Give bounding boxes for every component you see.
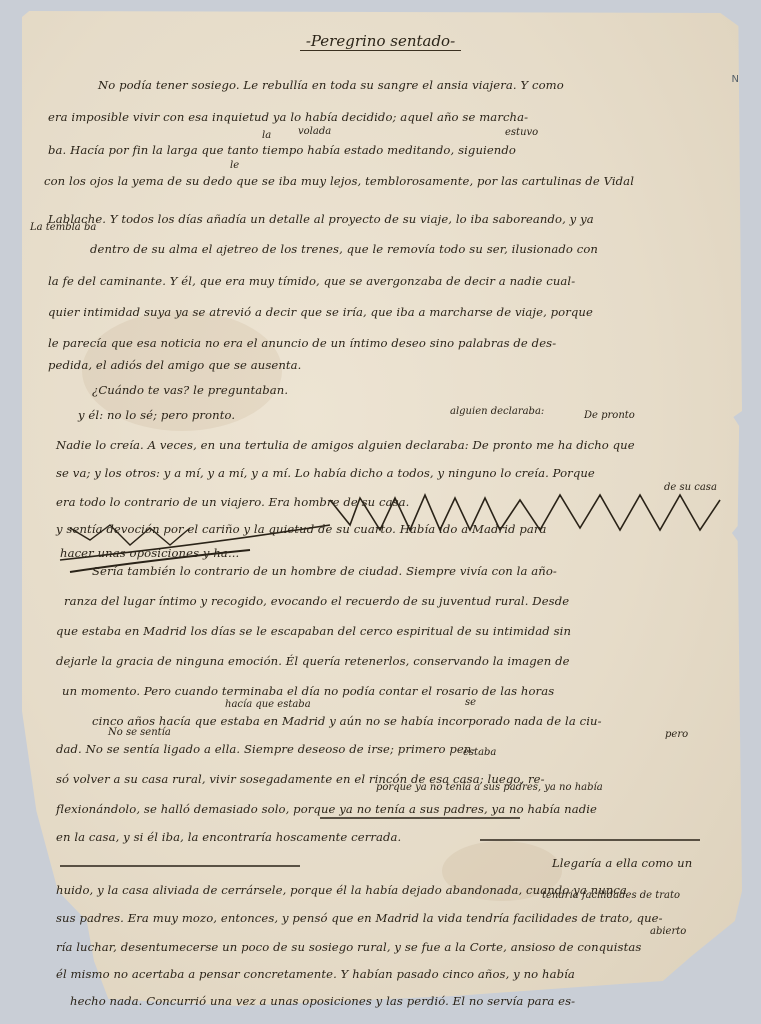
- manuscript-line: se va; y los otros: y a mí, y a mí, y a …: [56, 466, 756, 480]
- manuscript-line: ¿Cuándo te vas? le preguntaban.: [92, 383, 761, 397]
- interlinear-insertion: porque ya no tenía a sus padres, ya no h…: [376, 782, 603, 793]
- manuscript-line: Lablache. Y todos los días añadía un det…: [48, 212, 748, 226]
- manuscript-line: en la casa, y si él iba, la encontraría …: [56, 830, 756, 844]
- interlinear-insertion: tendría facilidades de trato: [542, 890, 680, 901]
- manuscript-line: cinco años hacía que estaba en Madrid y …: [92, 714, 761, 728]
- manuscript-line: era todo lo contrario de un viajero. Era…: [56, 495, 756, 509]
- manuscript-line: No podía tener sosiego. Le rebullía en t…: [98, 78, 761, 92]
- interlinear-insertion: hacía que estaba: [225, 699, 311, 710]
- interlinear-insertion: la: [262, 130, 271, 141]
- manuscript-line: con los ojos la yema de su dedo que se i…: [44, 174, 744, 188]
- manuscript-line: la fe del caminante. Y él, que era muy t…: [48, 274, 748, 288]
- interlinear-insertion: le: [230, 160, 239, 171]
- interlinear-insertion: estuvo: [505, 127, 538, 138]
- manuscript-line: un momento. Pero cuando terminaba el día…: [62, 684, 761, 698]
- manuscript-line: ba. Hacía por fin la larga que tanto tie…: [48, 143, 748, 157]
- interlinear-insertion: pero: [665, 729, 688, 740]
- manuscript-line: Llegaría a ella como un: [552, 856, 761, 870]
- manuscript-line: dentro de su alma el ajetreo de los tren…: [90, 242, 761, 256]
- manuscript-title: -Peregrino sentado-: [0, 32, 761, 50]
- manuscript-line: hacer unas oposiciones y ha...: [60, 546, 760, 560]
- manuscript-line: dejarle la gracia de ninguna emoción. Él…: [56, 654, 756, 668]
- manuscript-line: sus padres. Era muy mozo, entonces, y pe…: [56, 911, 756, 925]
- manuscript-line: quier intimidad suya ya se atrevió a dec…: [48, 305, 748, 319]
- manuscript-line: Sería también lo contrario de un hombre …: [92, 564, 761, 578]
- manuscript-line: hecho nada. Concurrió una vez a unas opo…: [70, 994, 761, 1008]
- interlinear-insertion: de su casa: [664, 482, 717, 493]
- manuscript-line: ría luchar, desentumecerse un poco de su…: [56, 940, 756, 954]
- interlinear-insertion: La tembla ba: [30, 222, 96, 233]
- interlinear-insertion: se: [465, 697, 476, 708]
- interlinear-insertion: alguien declaraba:: [450, 406, 544, 417]
- manuscript-line: pedida, el adiós del amigo que se ausent…: [48, 358, 748, 372]
- manuscript-line: era imposible vivir con esa inquietud ya…: [48, 110, 748, 124]
- interlinear-insertion: estaba: [463, 747, 496, 758]
- manuscript-line: dad. No se sentía ligado a ella. Siempre…: [56, 742, 756, 756]
- title-text: -Peregrino sentado-: [300, 32, 461, 51]
- manuscript-line: y sentía devoción por el cariño y la qui…: [56, 522, 756, 536]
- manuscript-line: le parecía que esa noticia no era el anu…: [48, 336, 748, 350]
- manuscript-line: ranza del lugar íntimo y recogido, evoca…: [64, 594, 761, 608]
- manuscript-line: que estaba en Madrid los días se le esca…: [56, 624, 756, 638]
- interlinear-insertion: No se sentía: [108, 727, 171, 738]
- interlinear-insertion: abierto: [650, 926, 686, 937]
- interlinear-insertion: De pronto: [584, 410, 635, 421]
- manuscript-line: y él: no lo sé; pero pronto.: [78, 408, 761, 422]
- interlinear-insertion: volada: [298, 126, 331, 137]
- manuscript-line: Nadie lo creía. A veces, en una tertulia…: [56, 438, 756, 452]
- manuscript-line: flexionándolo, se halló demasiado solo, …: [56, 802, 756, 816]
- manuscript-line: él mismo no acertaba a pensar concretame…: [56, 967, 756, 981]
